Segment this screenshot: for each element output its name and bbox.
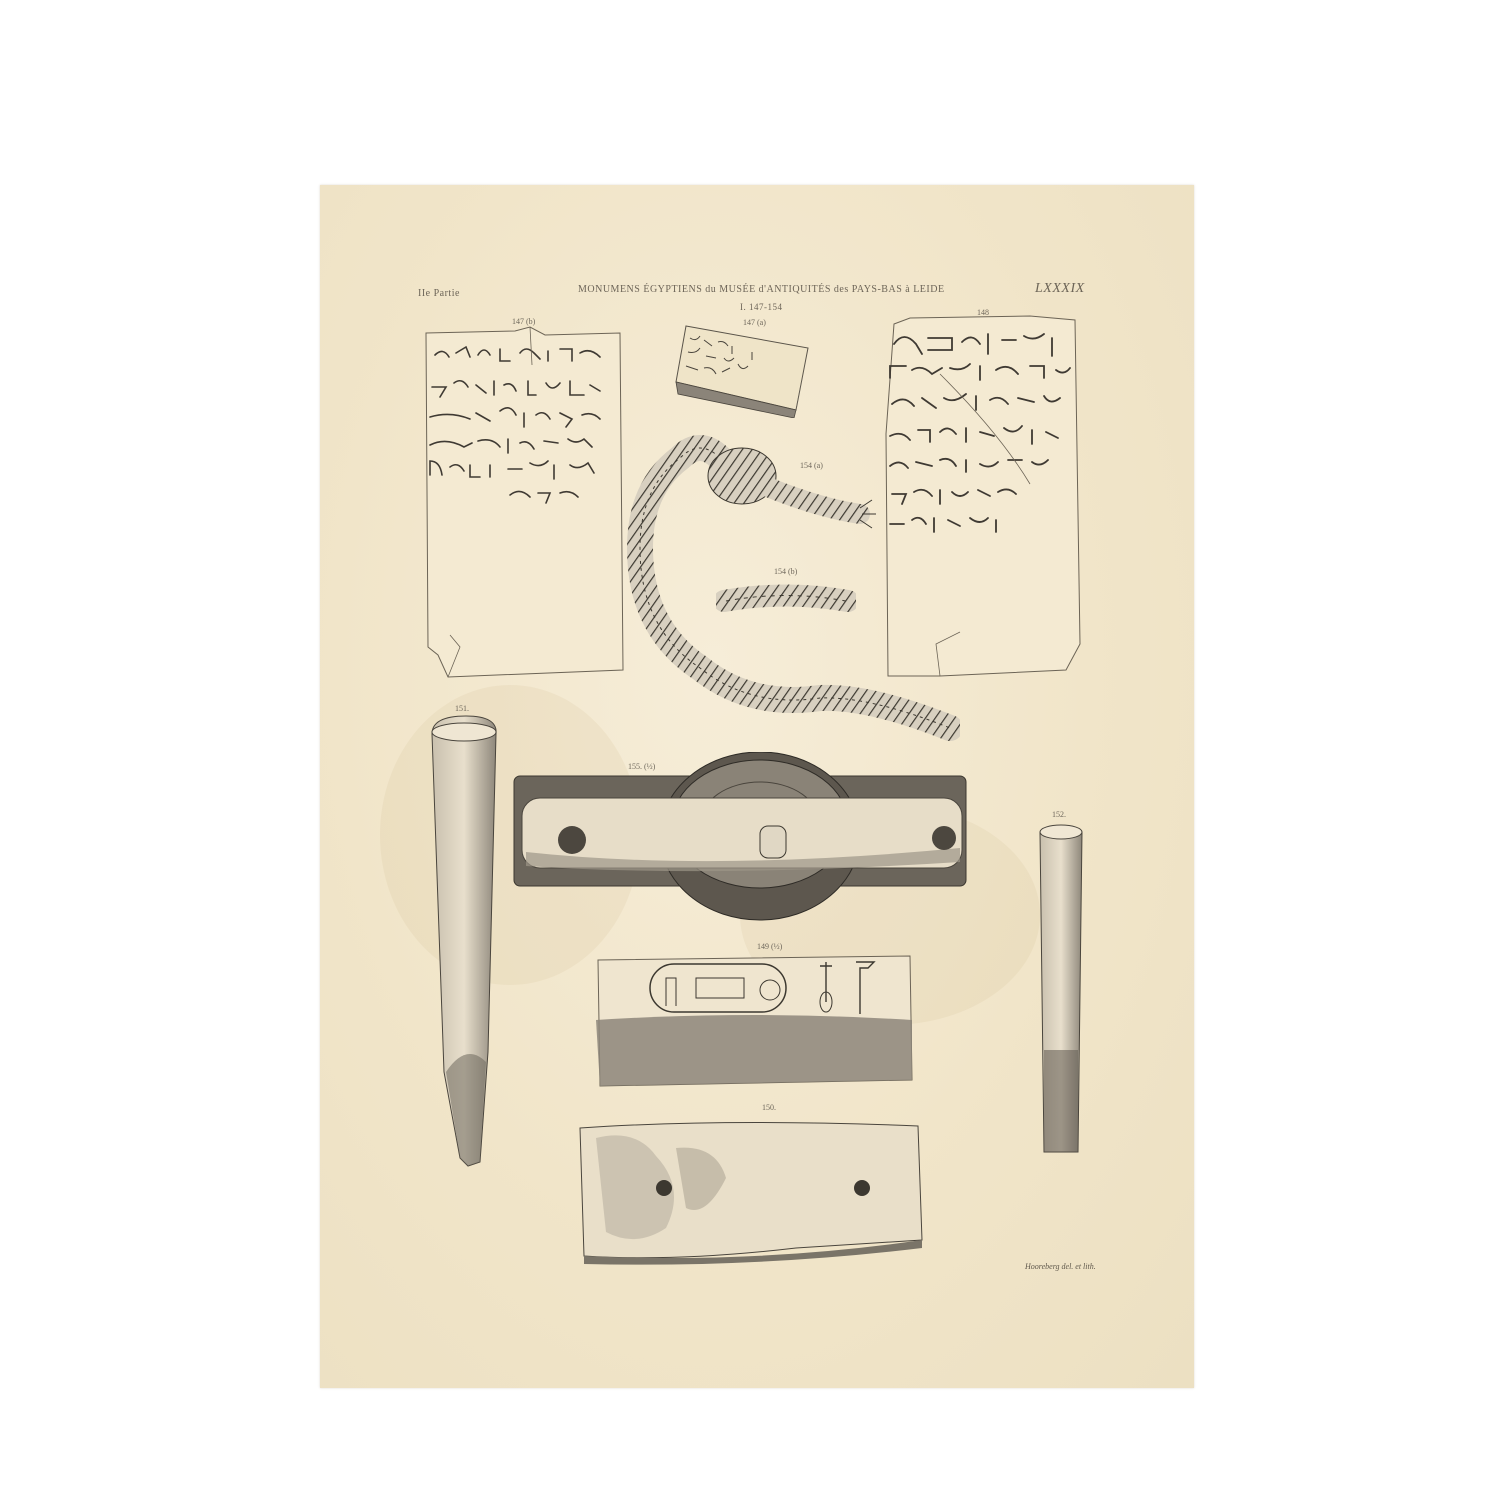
figure-150-pierced-plank xyxy=(576,1108,926,1268)
figure-155-pulley xyxy=(510,752,970,932)
figure-149-cartouche-block xyxy=(594,950,914,1090)
figure-147b-tablet xyxy=(420,325,630,685)
plate-title: MONUMENS ÉGYPTIENS du MUSÉE d'ANTIQUITÉS… xyxy=(578,284,945,295)
figure-147a-inscribed-block xyxy=(668,318,818,418)
figure-label-152: 152. xyxy=(1052,810,1066,819)
figure-151-wooden-stake xyxy=(426,712,506,1172)
plate-part: IIe Partie xyxy=(418,288,460,299)
figure-154b-rope-fragment xyxy=(716,576,856,626)
plate-number: LXXXIX xyxy=(1035,281,1085,297)
artist-credit: Hooreberg del. et lith. xyxy=(1025,1262,1096,1271)
section-range: I. 147-154 xyxy=(740,302,783,312)
figure-152-wooden-rod xyxy=(1036,820,1086,1160)
